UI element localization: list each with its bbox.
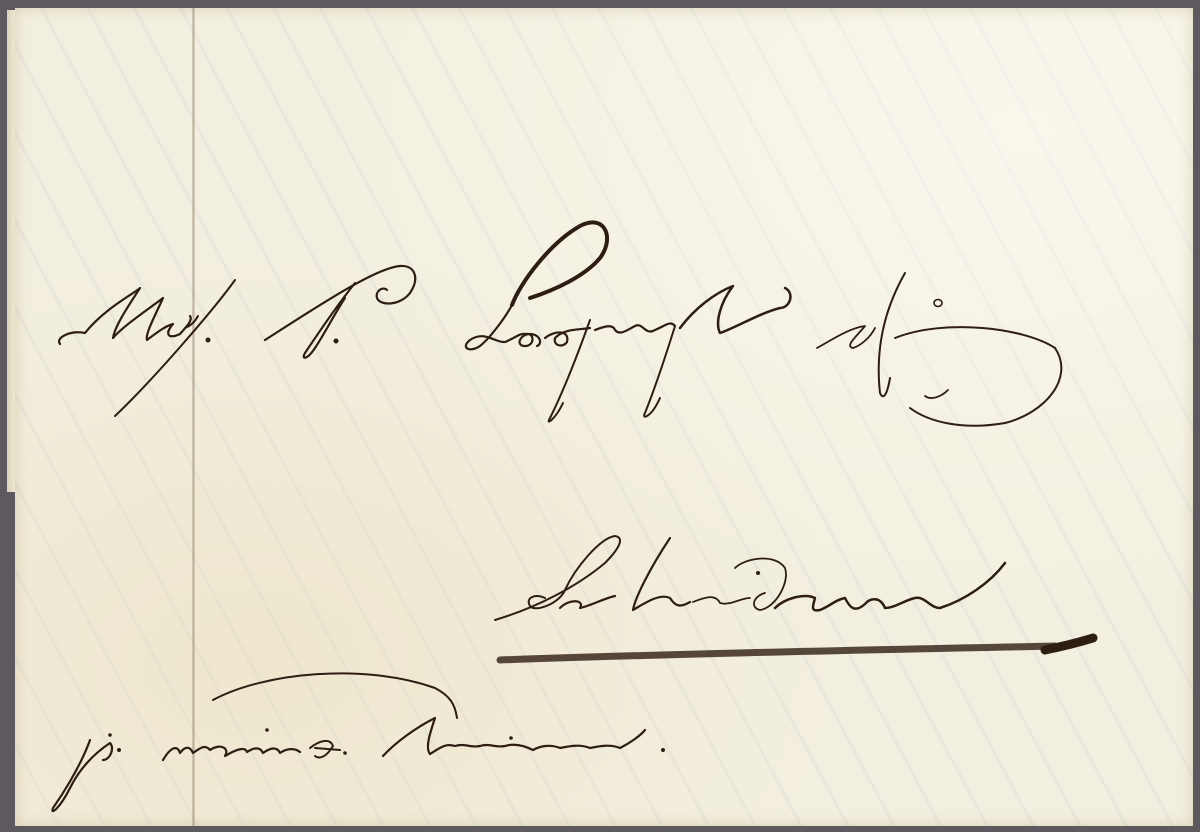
- addressee-prefix-handwriting: [59, 280, 235, 416]
- destination-city-handwriting: [495, 536, 1005, 620]
- underline-ink-blot: [1045, 638, 1093, 650]
- letter-sheet: Mess. L. Loopuyt & Co Schiedam p. maria …: [15, 8, 1193, 826]
- address-underline-flourish: [500, 646, 1055, 660]
- addressee-initial-handwriting: [265, 266, 415, 358]
- addressee-name-handwriting: [466, 222, 1062, 425]
- handwriting-ink: [15, 8, 1193, 826]
- routing-endorsement-handwriting: [52, 673, 665, 811]
